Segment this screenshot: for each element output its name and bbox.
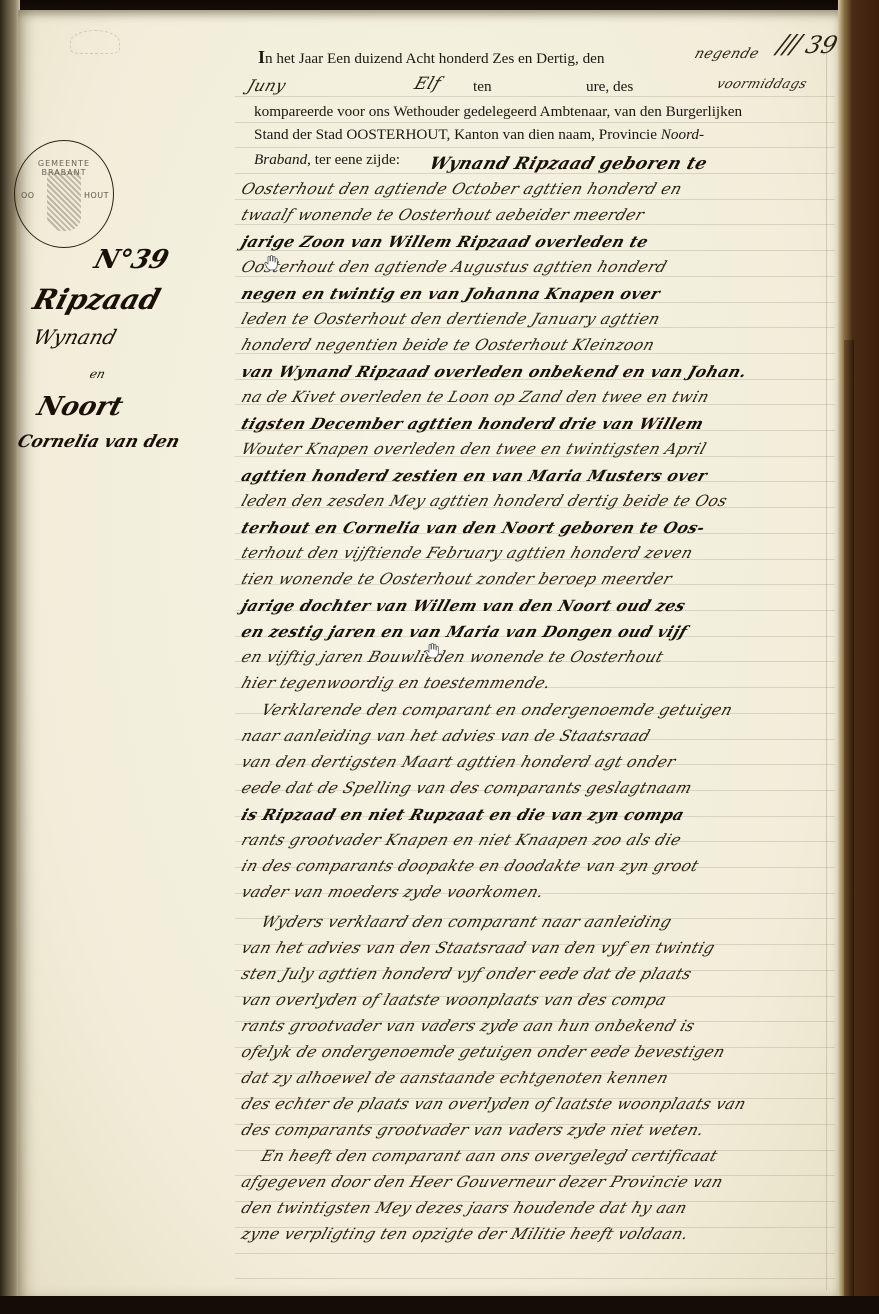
- handwritten-line: vader van moeders zyde voorkomen.: [239, 883, 546, 901]
- handwritten-line: terhout en Cornelia van den Noort gebore…: [239, 518, 708, 537]
- handwritten-line: na de Kivet overleden te Loon op Zand de…: [239, 388, 712, 406]
- binding-lip: [844, 340, 854, 1300]
- ruled-line: [235, 96, 835, 97]
- hw-day: negende: [692, 46, 761, 62]
- margin-record-number: N°39: [91, 245, 173, 275]
- handwritten-line: den twintigsten Mey dezes jaars houdende…: [239, 1199, 690, 1217]
- handwritten-line: Wyders verklaard den comparant naar aanl…: [259, 913, 674, 931]
- stamp-left-text: OO: [21, 191, 35, 200]
- handwritten-line: negen en twintig en van Johanna Knapen o…: [239, 284, 663, 303]
- handwritten-line: van Wynand Ripzaad overleden onbekend en…: [239, 362, 750, 381]
- stamp-right-text: HOUT: [84, 191, 109, 200]
- handwritten-line: Wynand Ripzaad geboren te: [427, 154, 710, 174]
- handwritten-line: leden den zesden Mey agttien honderd der…: [239, 492, 730, 510]
- handwritten-line: leden te Oosterhout den dertiende Januar…: [239, 310, 663, 328]
- handwritten-line: hier tegenwoordig en toestemmende.: [239, 674, 553, 692]
- hw-month: Juny: [245, 76, 289, 95]
- handwritten-line: van den dertigsten Maart agttien honderd…: [239, 753, 678, 771]
- ruled-line: [235, 224, 835, 225]
- handwritten-line: ofelyk de ondergenoemde getuigen onder e…: [239, 1043, 728, 1061]
- handwritten-line: dat zy alhoewel de aanstaande echtgenote…: [239, 1069, 671, 1087]
- handwritten-line: Oosterhout den agtiende Augustus agttien…: [239, 258, 669, 276]
- handwritten-line: is Ripzaad en niet Rupzaat en die van zy…: [239, 805, 687, 824]
- handwritten-line: Wouter Knapen overleden den twee en twin…: [239, 440, 709, 458]
- handwritten-line: agttien honderd zestien en van Maria Mus…: [239, 466, 710, 485]
- handwritten-line: Verklarende den comparant en ondergenoem…: [259, 701, 735, 719]
- handwritten-line: honderd negentien beide te Oosterhout Kl…: [239, 336, 657, 354]
- handwritten-line: terhout den vijftiende February agttien …: [239, 544, 695, 562]
- margin-bride-firstname: Cornelia van den: [15, 432, 182, 452]
- handwritten-line: van het advies van den Staatsraad van de…: [239, 939, 717, 957]
- ruled-line: [235, 122, 835, 123]
- printed-line-5: Braband, ter eene zijde:: [254, 152, 400, 167]
- printed-ure: ure, des: [586, 79, 633, 94]
- handwritten-line: twaalf wonende te Oosterhout aebeider me…: [239, 206, 647, 224]
- page-number: ///39: [774, 30, 841, 60]
- margin-groom-surname: Ripzaad: [29, 283, 164, 316]
- handwritten-line: in des comparants doopakte en doodakte v…: [239, 857, 701, 875]
- handwritten-line: En heeft den comparant aan ons overgeleg…: [259, 1147, 720, 1165]
- municipal-stamp: GEMEENTE BRABANT OO HOUT: [14, 140, 114, 248]
- handwritten-line: afgegeven door den Heer Gouverneur dezer…: [239, 1173, 725, 1191]
- handwritten-line: des comparants grootvader van vaders zyd…: [239, 1121, 707, 1139]
- hw-day-part: voormiddags: [715, 77, 809, 92]
- handwritten-line: zyne verpligting ten opzigte der Militie…: [239, 1225, 691, 1243]
- printed-ten: ten: [473, 79, 492, 94]
- printed-line-3: kompareerde voor ons Wethouder gedelegee…: [254, 104, 742, 119]
- handwritten-line: eede dat de Spelling van des comparants …: [239, 779, 694, 797]
- handwritten-line: van overlyden of laatste woonplaats van …: [239, 991, 669, 1009]
- printed-line-4: Stand der Stad OOSTERHOUT, Kanton van di…: [254, 127, 704, 142]
- handwritten-line: sten July agttien honderd vyf onder eede…: [239, 965, 694, 983]
- handwritten-line: tigsten December agttien honderd drie va…: [239, 414, 706, 433]
- hand-cursor-icon: [425, 643, 439, 659]
- ruled-line: [235, 199, 835, 200]
- handwritten-line: des echter de plaats van overlyden of la…: [239, 1095, 749, 1113]
- handwritten-line: naar aanleiding van het advies van de St…: [239, 727, 653, 745]
- ruled-line: [235, 1253, 835, 1254]
- margin-groom-firstname: Wynand: [31, 325, 120, 349]
- handwritten-line: jarige Zoon van Willem Ripzaad overleden…: [239, 232, 651, 251]
- handwritten-line: tien wonende te Oosterhout zonder beroep…: [239, 570, 674, 588]
- stamp-crest-icon: [47, 171, 81, 231]
- ruled-line: [235, 1278, 835, 1279]
- handwritten-line: Oosterhout den agtiende October agttien …: [239, 180, 684, 198]
- ruled-line: [235, 276, 835, 277]
- handwritten-line: en vijftig jaren Bouwlieden wonende te O…: [239, 648, 666, 666]
- handwritten-line: rants grootvader van vaders zyde aan hun…: [239, 1017, 697, 1035]
- margin-bride-surname: Noort: [34, 392, 127, 422]
- hand-cursor-icon: [264, 255, 278, 271]
- watermark-crown-icon: [70, 30, 120, 54]
- ruled-line: [235, 147, 835, 148]
- handwritten-line: jarige dochter van Willem van den Noort …: [239, 596, 688, 615]
- handwritten-line: rants grootvader Knapen en niet Knaapen …: [239, 831, 684, 849]
- bottom-edge: [0, 1296, 879, 1314]
- right-margin-line: [826, 40, 827, 1290]
- printed-line-1: In het Jaar Een duizend Acht honderd Zes…: [258, 48, 605, 66]
- right-page-edge: [838, 0, 879, 1314]
- handwritten-line: en zestig jaren en van Maria van Dongen …: [239, 622, 690, 641]
